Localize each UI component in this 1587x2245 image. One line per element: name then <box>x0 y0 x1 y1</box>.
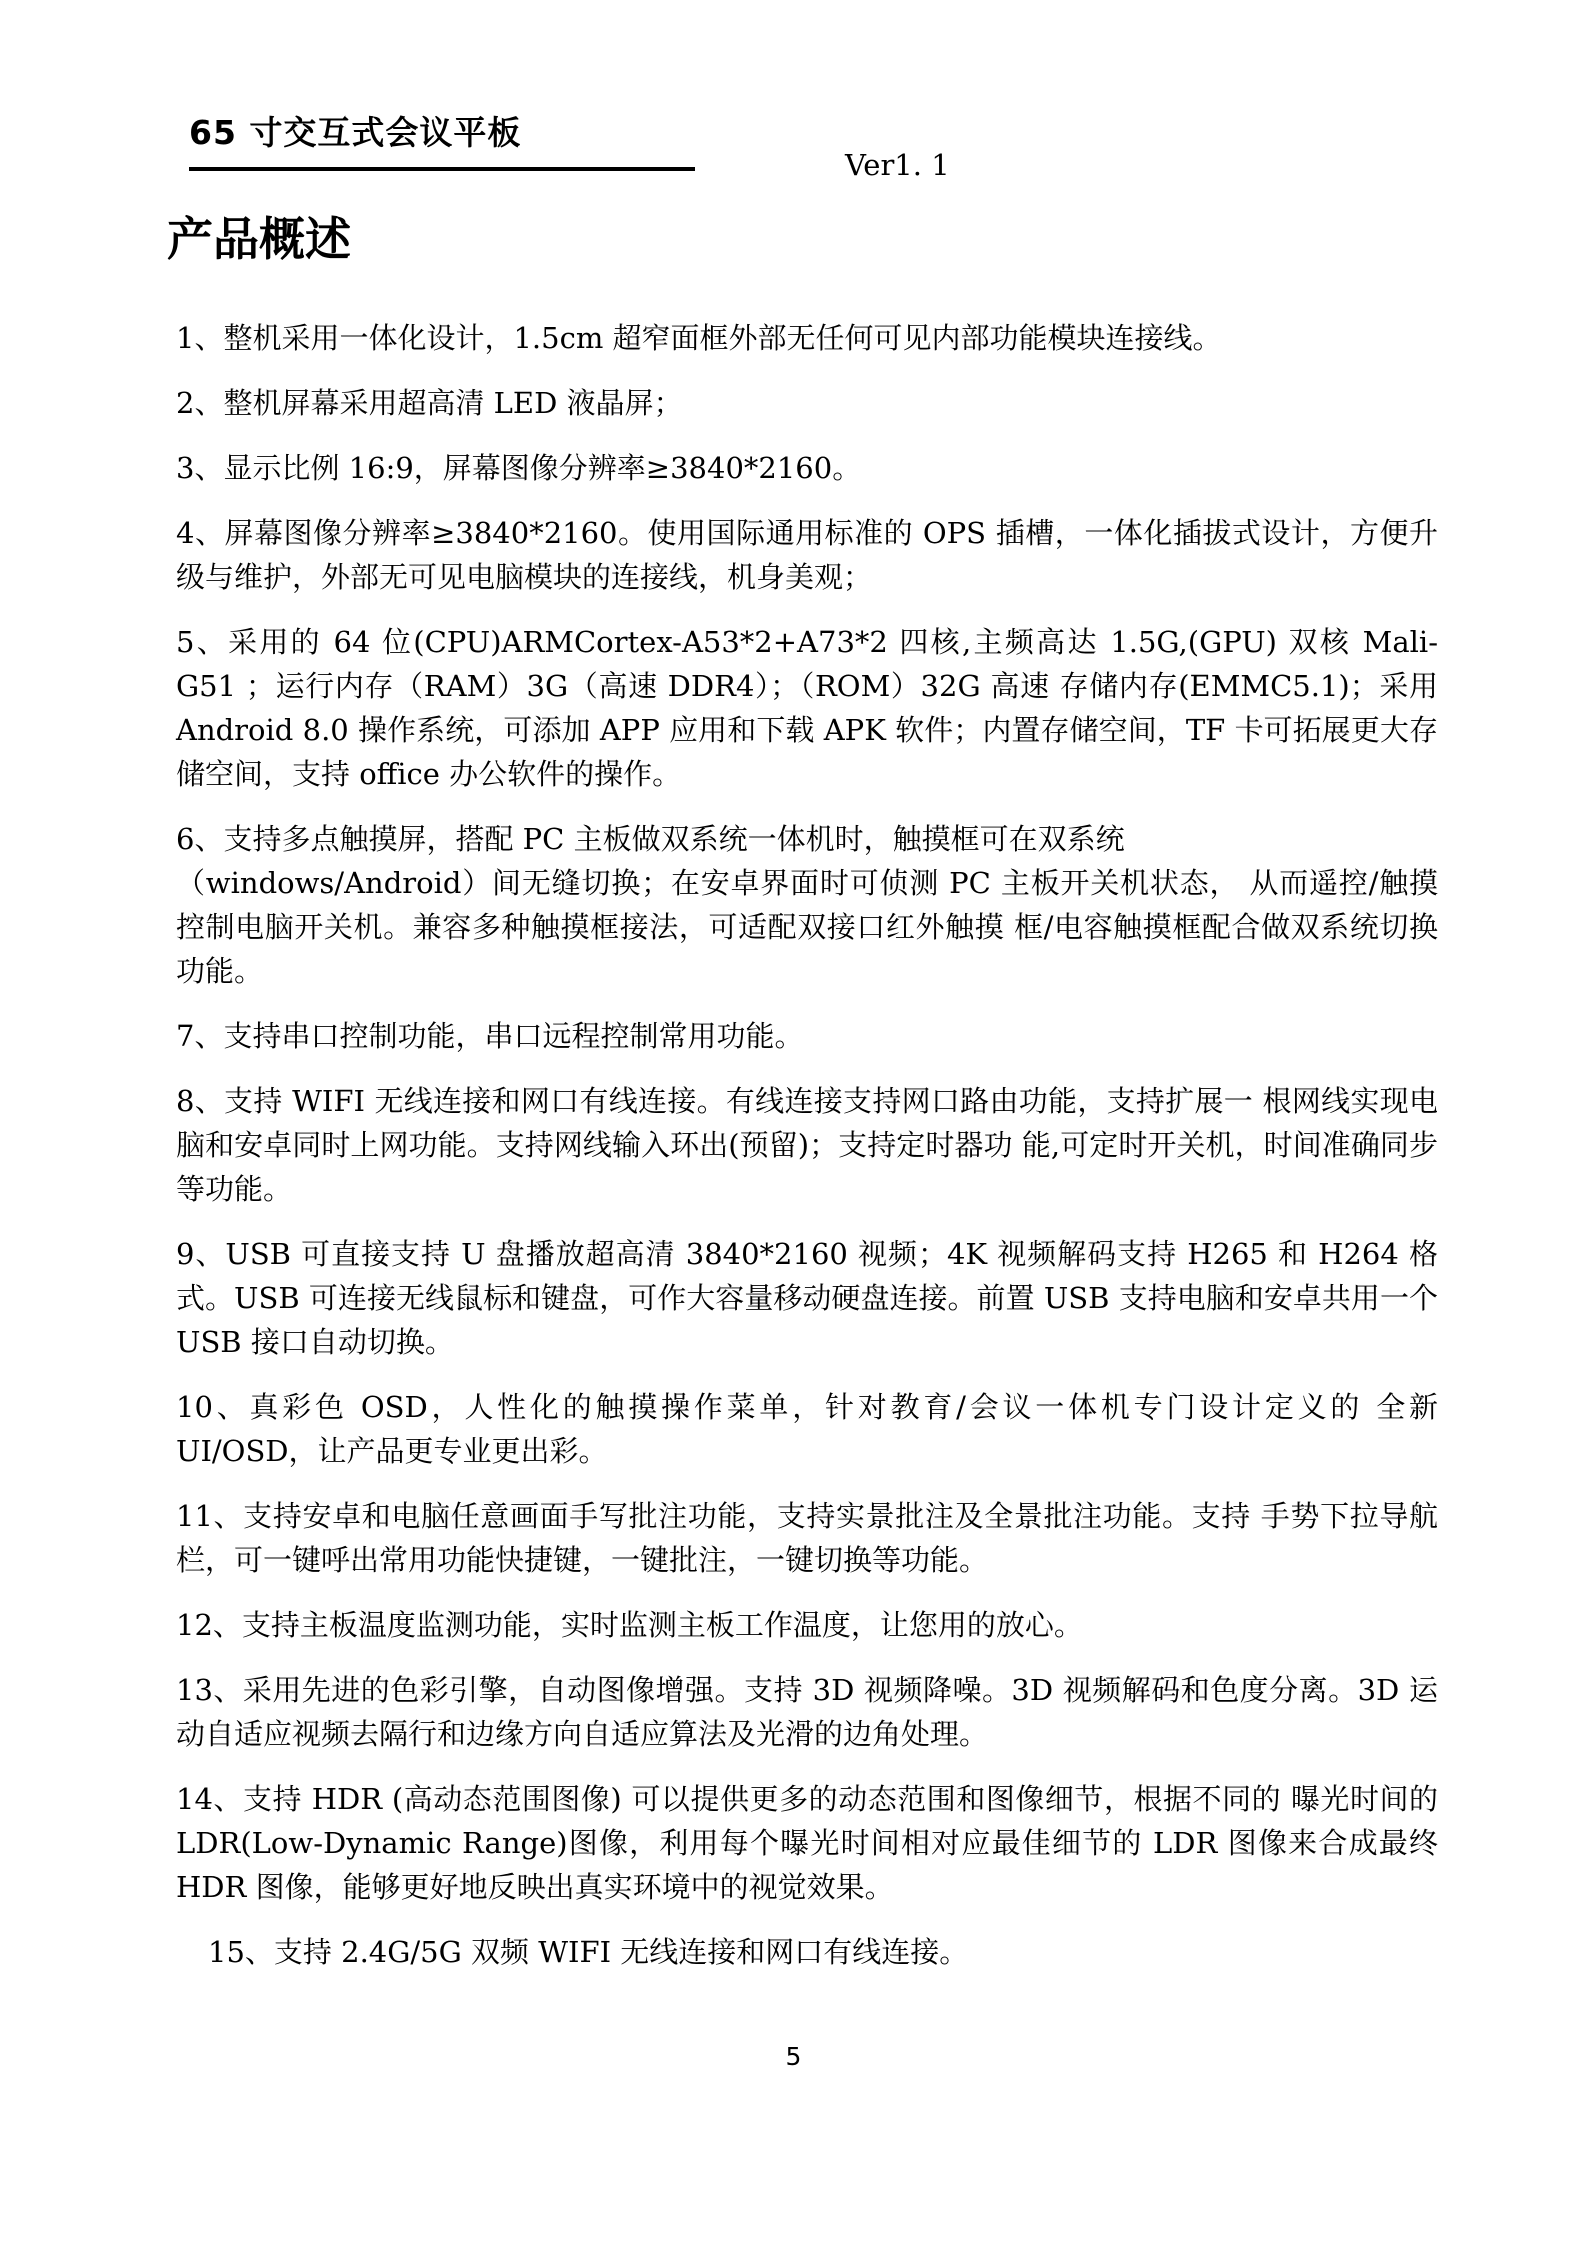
overview-item-4: 4、屏幕图像分辨率≥3840*2160。使用国际通用标准的 OPS 插槽，一体化… <box>176 511 1438 599</box>
version-label: Ver1. 1 <box>845 148 950 182</box>
overview-item-8: 8、支持 WIFI 无线连接和网口有线连接。有线连接支持网口路由功能，支持扩展一… <box>176 1079 1438 1211</box>
overview-item-9: 9、USB 可直接支持 U 盘播放超高清 3840*2160 视频；4K 视频解… <box>176 1232 1438 1364</box>
overview-item-12: 12、支持主板温度监测功能，实时监测主板工作温度，让您用的放心。 <box>176 1603 1438 1647</box>
overview-item-7: 7、支持串口控制功能，串口远程控制常用功能。 <box>176 1014 1438 1058</box>
overview-item-10: 10、真彩色 OSD，人性化的触摸操作菜单，针对教育/会议一体机专门设计定义的 … <box>176 1385 1438 1473</box>
overview-item-11: 11、支持安卓和电脑任意画面手写批注功能，支持实景批注及全景批注功能。支持 手势… <box>176 1494 1438 1582</box>
page-number: 5 <box>0 2042 1587 2071</box>
section-title: 产品概述 <box>167 212 351 267</box>
overview-item-15: 15、支持 2.4G/5G 双频 WIFI 无线连接和网口有线连接。 <box>176 1930 1438 1974</box>
overview-item-5: 5、采用的 64 位(CPU)ARMCortex-A53*2+A73*2 四核,… <box>176 620 1438 796</box>
overview-item-14: 14、支持 HDR (高动态范围图像) 可以提供更多的动态范围和图像细节，根据不… <box>176 1777 1438 1909</box>
overview-item-6: 6、支持多点触摸屏，搭配 PC 主板做双系统一体机时，触摸框可在双系统 （win… <box>176 817 1438 993</box>
overview-item-2: 2、整机屏幕采用超高清 LED 液晶屏； <box>176 381 1438 425</box>
overview-list: 1、整机采用一体化设计，1.5cm 超窄面框外部无任何可见内部功能模块连接线。 … <box>176 316 1438 1995</box>
overview-item-3: 3、显示比例 16:9，屏幕图像分辨率≥3840*2160。 <box>176 446 1438 490</box>
document-title: 65 寸交互式会议平板 <box>189 112 695 171</box>
document-page: 65 寸交互式会议平板 Ver1. 1 产品概述 1、整机采用一体化设计，1.5… <box>0 0 1587 2245</box>
overview-item-13: 13、采用先进的色彩引擎，自动图像增强。支持 3D 视频降噪。3D 视频解码和色… <box>176 1668 1438 1756</box>
overview-item-1: 1、整机采用一体化设计，1.5cm 超窄面框外部无任何可见内部功能模块连接线。 <box>176 316 1438 360</box>
